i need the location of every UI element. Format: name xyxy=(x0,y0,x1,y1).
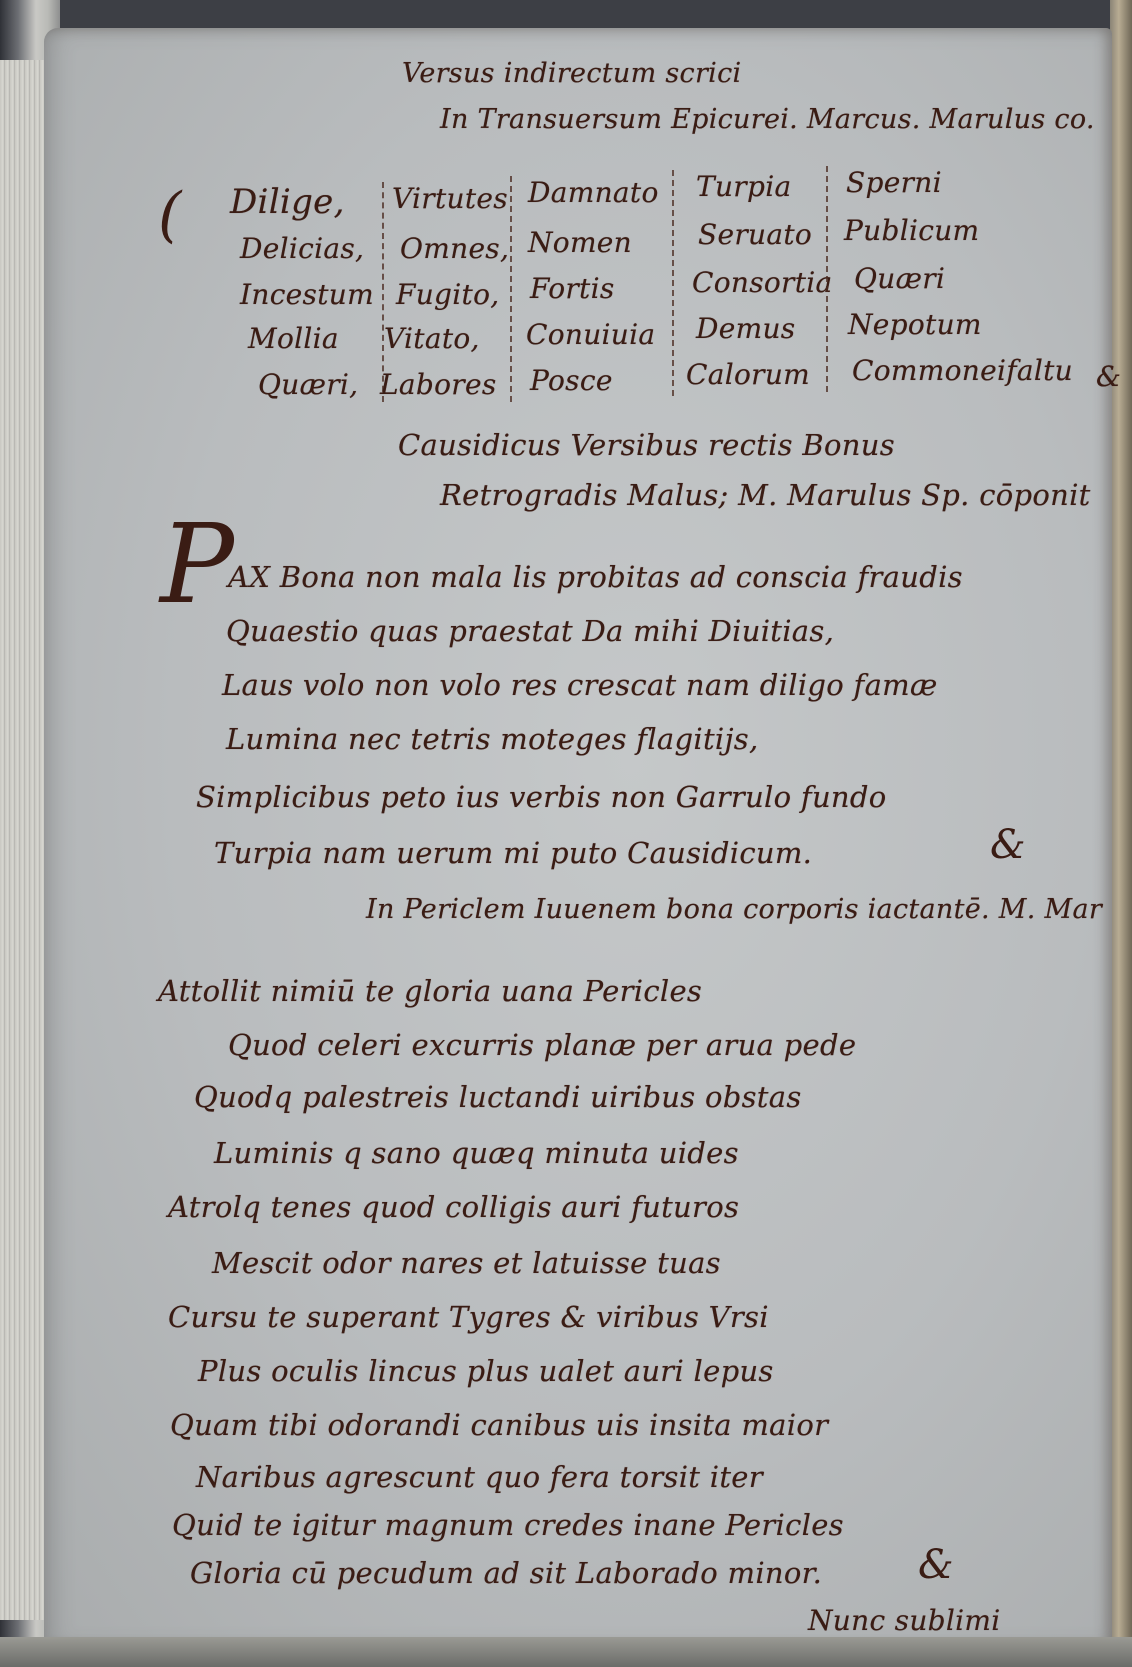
subheading-line-2: Retrogradis Malus; M. Marulus Sp. cōponi… xyxy=(440,478,1091,512)
grid-cell: Posce xyxy=(530,364,613,397)
grid-cell: Incestum xyxy=(240,278,374,311)
book-bottom-edge xyxy=(0,1637,1132,1667)
poem-2-heading: In Periclem Iuuenem bona corporis iactan… xyxy=(366,894,1102,925)
grid-cell: Sperni xyxy=(846,166,942,199)
heading-line-2: In Transuersum Epicurei. Marcus. Marulus… xyxy=(440,104,1095,135)
column-separator xyxy=(510,176,514,402)
grid-cell: Demus xyxy=(696,312,795,345)
grid-cell: Turpia xyxy=(696,170,791,203)
column-separator xyxy=(672,170,676,396)
grid-cell: Commoneifaltu xyxy=(852,354,1073,387)
grid-cell: Fugito, xyxy=(396,278,499,311)
end-flourish-icon: & xyxy=(990,822,1026,868)
grid-cell: Dilige, xyxy=(230,182,345,222)
verse-line: Gloria cū pecudum ad sit Laborado minor. xyxy=(190,1556,822,1590)
grid-cell: Quæri, xyxy=(258,368,358,401)
grid-cell: Virtutes xyxy=(392,182,508,215)
grid-cell: Conuiuia xyxy=(526,318,655,351)
verse-line: Turpia nam uerum mi puto Causidicum. xyxy=(214,836,812,870)
subheading-line-1: Causidicus Versibus rectis Bonus xyxy=(398,428,895,462)
grid-cell: Damnato xyxy=(528,176,659,209)
verse-line: Luminis q sano quæq minuta uides xyxy=(214,1136,739,1170)
verse-line: Quodq palestreis luctandi uiribus obstas xyxy=(194,1080,802,1114)
verse-line: Quod celeri excurris planæ per arua pede xyxy=(228,1028,856,1062)
grid-cell: Calorum xyxy=(686,358,810,391)
grid-cell: Delicias, xyxy=(240,232,364,265)
grid-cell: Nomen xyxy=(528,226,632,259)
verse-line: Atrolq tenes quod colligis auri futuros xyxy=(168,1190,739,1224)
verse-line: Naribus agrescunt quo fera torsit iter xyxy=(196,1460,763,1494)
verse-line: Attollit nimiū te gloria uana Pericles xyxy=(158,974,702,1008)
verse-line: Quaestio quas praestat Da mihi Diuitias, xyxy=(226,614,834,648)
grid-cell: Publicum xyxy=(844,214,979,247)
grid-cell: Labores xyxy=(380,368,497,401)
heading-line-1: Versus indirectum scrici xyxy=(402,58,741,89)
book-cover-right-edge xyxy=(1110,0,1132,1667)
verse-line: Plus oculis lincus plus ualet auri lepus xyxy=(198,1354,774,1388)
grid-cell: Vitato, xyxy=(384,322,480,355)
grid-cell: Consortia xyxy=(692,266,833,299)
flourish-bracket-icon: ( xyxy=(158,180,181,250)
verse-line: Laus volo non volo res crescat nam dilig… xyxy=(222,668,938,702)
verse-line: Quam tibi odorandi canibus uis insita ma… xyxy=(170,1408,828,1442)
grid-trailing-mark: & xyxy=(1096,360,1121,393)
catchword: Nunc sublimi xyxy=(808,1604,1001,1637)
grid-cell: Nepotum xyxy=(848,308,982,341)
column-separator xyxy=(826,166,830,392)
decorated-initial: P xyxy=(160,500,234,628)
verse-line: Quid te igitur magnum credes inane Peric… xyxy=(172,1508,844,1542)
verse-line: Mescit odor nares et latuisse tuas xyxy=(212,1246,721,1280)
grid-cell: Quæri xyxy=(854,262,945,295)
grid-cell: Mollia xyxy=(248,322,339,355)
verse-line: AX Bona non mala lis probitas ad conscia… xyxy=(228,560,963,594)
verse-line: Lumina nec tetris moteges flagitijs, xyxy=(226,722,758,756)
grid-cell: Fortis xyxy=(530,272,615,305)
verse-line: Cursu te superant Tygres & viribus Vrsi xyxy=(168,1300,769,1334)
verse-line: Simplicibus peto ius verbis non Garrulo … xyxy=(196,780,887,814)
grid-cell: Seruato xyxy=(698,218,812,251)
grid-cell: Omnes, xyxy=(400,232,509,265)
end-flourish-icon: & xyxy=(918,1542,954,1588)
